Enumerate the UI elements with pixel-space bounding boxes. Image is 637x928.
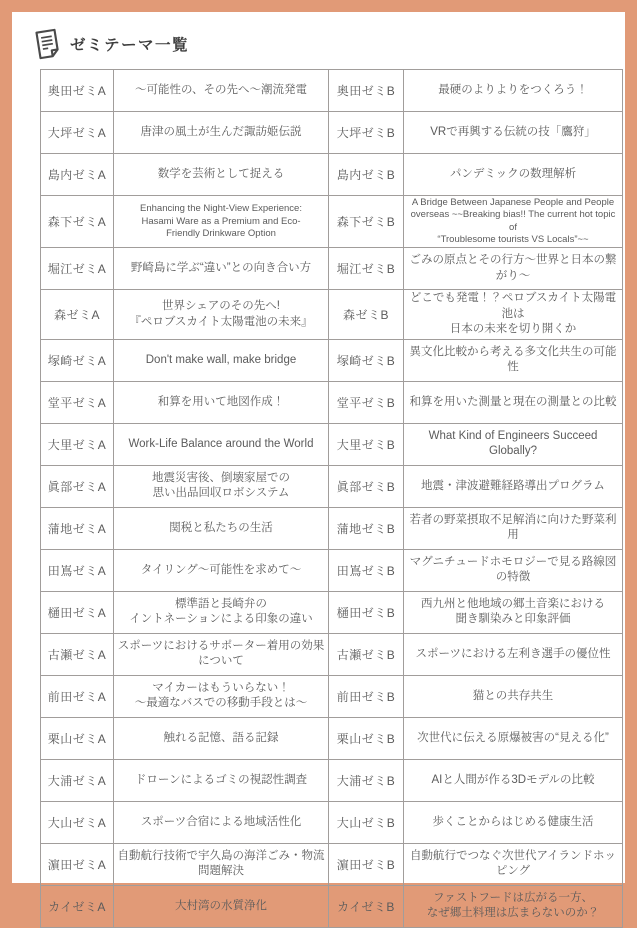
seminar-b-name: 堀江ゼミB [329, 248, 404, 290]
seminar-b-name: カイゼミB [329, 885, 404, 927]
seminar-b-name: 前田ゼミB [329, 675, 404, 717]
table-row: 濵田ゼミA 自動航行技術で宇久島の海洋ごみ・物流問題解決 濵田ゼミB 自動航行で… [41, 843, 623, 885]
paper-sheet: ゼミテーマ一覧 奥田ゼミA ～可能性の、その先へ～潮流発電 奥田ゼミB 最硬のよ… [12, 12, 625, 883]
table-row: 塚崎ゼミA Don't make wall, make bridge 塚崎ゼミB… [41, 339, 623, 381]
table-row: 田嶌ゼミA タイリング～可能性を求めて～ 田嶌ゼミB マグニチュードホモロジーで… [41, 549, 623, 591]
seminar-b-name: 大坪ゼミB [329, 112, 404, 154]
seminar-a-name: 大坪ゼミA [41, 112, 114, 154]
seminar-b-theme: 異文化比較から考える多文化共生の可能性 [404, 339, 623, 381]
seminar-b-theme: 猫との共存共生 [404, 675, 623, 717]
seminar-b-name: 森ゼミB [329, 290, 404, 340]
seminar-b-name: 蒲地ゼミB [329, 507, 404, 549]
seminar-a-name: 田嶌ゼミA [41, 549, 114, 591]
seminar-b-theme: パンデミックの数理解析 [404, 154, 623, 196]
table-row: 堂平ゼミA 和算を用いて地図作成！ 堂平ゼミB 和算を用いた測量と現在の測量との… [41, 381, 623, 423]
seminar-a-name: 樋田ゼミA [41, 591, 114, 633]
seminar-b-name: 古瀬ゼミB [329, 633, 404, 675]
seminar-a-name: 森ゼミA [41, 290, 114, 340]
seminar-b-name: 塚崎ゼミB [329, 339, 404, 381]
seminar-a-theme: スポーツにおけるサポーター着用の効果について [114, 633, 329, 675]
seminar-b-theme: マグニチュードホモロジーで見る路線図の特徴 [404, 549, 623, 591]
seminar-b-name: 森下ゼミB [329, 196, 404, 248]
seminar-a-name: 濵田ゼミA [41, 843, 114, 885]
table-row: 前田ゼミA マイカーはもういらない！ ～最適なバスでの移動手段とは～ 前田ゼミB… [41, 675, 623, 717]
page-title: ゼミテーマ一覧 [70, 33, 189, 55]
table-row: 眞部ゼミA 地震災害後、倒壊家屋での 思い出品回収ロボシステム 眞部ゼミB 地震… [41, 465, 623, 507]
table-row: 大坪ゼミA 唐津の風土が生んだ諏訪姫伝説 大坪ゼミB VRで再興する伝統の技「鷹… [41, 112, 623, 154]
seminar-a-theme: 自動航行技術で宇久島の海洋ごみ・物流問題解決 [114, 843, 329, 885]
seminar-b-theme: What Kind of Engineers Succeed Globally? [404, 423, 623, 465]
seminar-theme-table: 奥田ゼミA ～可能性の、その先へ～潮流発電 奥田ゼミB 最硬のよりよりをつくろう… [40, 69, 623, 928]
seminar-a-name: 眞部ゼミA [41, 465, 114, 507]
seminar-b-name: 堂平ゼミB [329, 381, 404, 423]
seminar-a-theme: マイカーはもういらない！ ～最適なバスでの移動手段とは～ [114, 675, 329, 717]
seminar-a-name: 蒲地ゼミA [41, 507, 114, 549]
table-row: 古瀬ゼミA スポーツにおけるサポーター着用の効果について 古瀬ゼミB スポーツに… [41, 633, 623, 675]
seminar-a-theme: 唐津の風土が生んだ諏訪姫伝説 [114, 112, 329, 154]
memo-icon [32, 27, 63, 61]
seminar-a-theme: Don't make wall, make bridge [114, 339, 329, 381]
page-header: ゼミテーマ一覧 [12, 12, 625, 59]
seminar-b-theme: どこでも発電！？ペロブスカイト太陽電池は 日本の未来を切り開くか [404, 290, 623, 340]
seminar-b-name: 大浦ゼミB [329, 759, 404, 801]
seminar-a-theme: 世界シェアのその先へ! 『ペロブスカイト太陽電池の未来』 [114, 290, 329, 340]
seminar-a-name: 堂平ゼミA [41, 381, 114, 423]
seminar-a-name: 大山ゼミA [41, 801, 114, 843]
seminar-b-theme: 最硬のよりよりをつくろう！ [404, 70, 623, 112]
seminar-a-theme: 大村湾の水質浄化 [114, 885, 329, 927]
seminar-b-theme: 和算を用いた測量と現在の測量との比較 [404, 381, 623, 423]
seminar-b-name: 島内ゼミB [329, 154, 404, 196]
seminar-a-theme: ドローンによるゴミの視認性調査 [114, 759, 329, 801]
seminar-b-theme: 若者の野菜摂取不足解消に向けた野菜利用 [404, 507, 623, 549]
seminar-a-name: 堀江ゼミA [41, 248, 114, 290]
table-row: 大山ゼミA スポーツ合宿による地域活性化 大山ゼミB 歩くことからはじめる健康生… [41, 801, 623, 843]
seminar-b-name: 大里ゼミB [329, 423, 404, 465]
seminar-a-theme: 和算を用いて地図作成！ [114, 381, 329, 423]
seminar-a-theme: ～可能性の、その先へ～潮流発電 [114, 70, 329, 112]
seminar-b-theme: 自動航行でつなぐ次世代アイランドホッピング [404, 843, 623, 885]
table-row: 奥田ゼミA ～可能性の、その先へ～潮流発電 奥田ゼミB 最硬のよりよりをつくろう… [41, 70, 623, 112]
seminar-b-name: 濵田ゼミB [329, 843, 404, 885]
table-row: 蒲地ゼミA 関税と私たちの生活 蒲地ゼミB 若者の野菜摂取不足解消に向けた野菜利… [41, 507, 623, 549]
seminar-a-name: 大里ゼミA [41, 423, 114, 465]
seminar-b-name: 栗山ゼミB [329, 717, 404, 759]
seminar-b-theme: ファストフードは広がる一方、 なぜ郷土料理は広まらないのか？ [404, 885, 623, 927]
table-row: 大浦ゼミA ドローンによるゴミの視認性調査 大浦ゼミB AIと人間が作る3Dモデ… [41, 759, 623, 801]
seminar-b-name: 奥田ゼミB [329, 70, 404, 112]
seminar-a-name: 塚崎ゼミA [41, 339, 114, 381]
seminar-a-theme: 数学を芸術として捉える [114, 154, 329, 196]
seminar-b-theme: 西九州と他地域の郷土音楽における 聞き馴染みと印象評価 [404, 591, 623, 633]
seminar-a-theme: 関税と私たちの生活 [114, 507, 329, 549]
seminar-b-theme: スポーツにおける左利き選手の優位性 [404, 633, 623, 675]
seminar-a-theme: 野崎島に学ぶ“違い”との向き合い方 [114, 248, 329, 290]
scanned-page: { "page": { "title": "ゼミテーマ一覧" }, "color… [0, 0, 637, 900]
seminar-a-theme: 地震災害後、倒壊家屋での 思い出品回収ロボシステム [114, 465, 329, 507]
seminar-a-name: 栗山ゼミA [41, 717, 114, 759]
seminar-a-theme: 触れる記憶、語る記録 [114, 717, 329, 759]
seminar-b-theme: ごみの原点とその行方～世界と日本の繋がり～ [404, 248, 623, 290]
table-row: 森下ゼミA Enhancing the Night-View Experienc… [41, 196, 623, 248]
seminar-b-theme: 歩くことからはじめる健康生活 [404, 801, 623, 843]
seminar-b-theme: VRで再興する伝統の技「鷹狩」 [404, 112, 623, 154]
seminar-b-name: 眞部ゼミB [329, 465, 404, 507]
seminar-a-name: カイゼミA [41, 885, 114, 927]
seminar-a-name: 古瀬ゼミA [41, 633, 114, 675]
seminar-a-name: 大浦ゼミA [41, 759, 114, 801]
seminar-b-theme: AIと人間が作る3Dモデルの比較 [404, 759, 623, 801]
seminar-a-theme: Enhancing the Night-View Experience: Has… [114, 196, 329, 248]
seminar-b-name: 樋田ゼミB [329, 591, 404, 633]
table-row: 大里ゼミA Work-Life Balance around the World… [41, 423, 623, 465]
table-row: 堀江ゼミA 野崎島に学ぶ“違い”との向き合い方 堀江ゼミB ごみの原点とその行方… [41, 248, 623, 290]
seminar-b-theme: 地震・津波避難経路導出プログラム [404, 465, 623, 507]
seminar-b-name: 大山ゼミB [329, 801, 404, 843]
table-row: 森ゼミA 世界シェアのその先へ! 『ペロブスカイト太陽電池の未来』 森ゼミB ど… [41, 290, 623, 340]
seminar-a-theme: Work-Life Balance around the World [114, 423, 329, 465]
seminar-a-name: 森下ゼミA [41, 196, 114, 248]
seminar-a-name: 前田ゼミA [41, 675, 114, 717]
seminar-a-theme: タイリング～可能性を求めて～ [114, 549, 329, 591]
table-row: 樋田ゼミA 標準語と長崎弁の イントネーションによる印象の違い 樋田ゼミB 西九… [41, 591, 623, 633]
seminar-b-name: 田嶌ゼミB [329, 549, 404, 591]
table-row: 島内ゼミA 数学を芸術として捉える 島内ゼミB パンデミックの数理解析 [41, 154, 623, 196]
seminar-b-theme: 次世代に伝える原爆被害の“見える化” [404, 717, 623, 759]
seminar-a-theme: スポーツ合宿による地域活性化 [114, 801, 329, 843]
seminar-a-theme: 標準語と長崎弁の イントネーションによる印象の違い [114, 591, 329, 633]
table-row: カイゼミA 大村湾の水質浄化 カイゼミB ファストフードは広がる一方、 なぜ郷土… [41, 885, 623, 927]
seminar-b-theme: A Bridge Between Japanese People and Peo… [404, 196, 623, 248]
seminar-a-name: 島内ゼミA [41, 154, 114, 196]
seminar-a-name: 奥田ゼミA [41, 70, 114, 112]
table-row: 栗山ゼミA 触れる記憶、語る記録 栗山ゼミB 次世代に伝える原爆被害の“見える化… [41, 717, 623, 759]
